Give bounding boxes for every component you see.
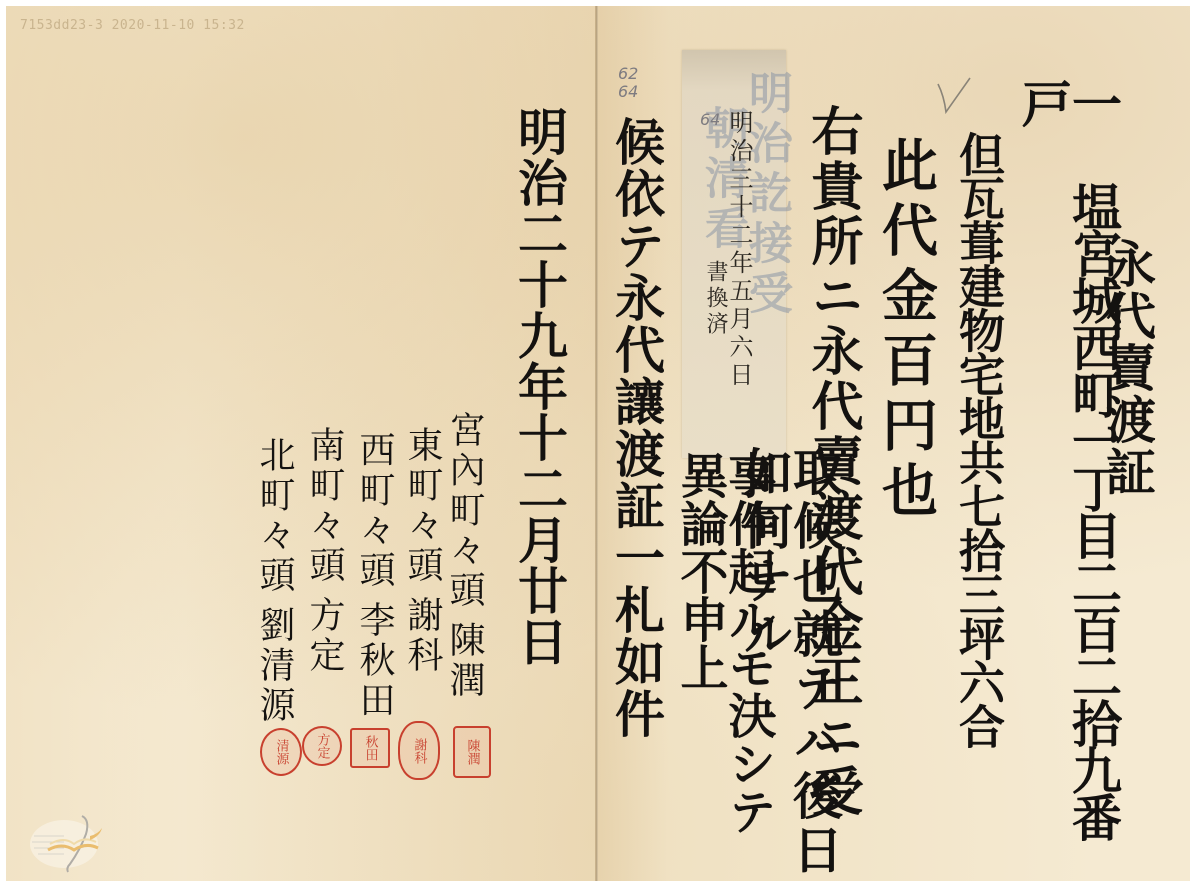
body-line-1: 一 塭宮城西町一丁目二百二拾九番戸 — [1018, 78, 1118, 881]
signatory-name: 方定 — [304, 596, 345, 676]
pencil-note: 64 — [618, 82, 638, 101]
seal-stamp: 方定 — [302, 726, 342, 766]
signatory-1: 宮內町々頭陳潤 — [446, 411, 482, 701]
body-line-3: 此代金百円也 — [878, 136, 934, 526]
document-scan: 7153dd23-3 2020-11-10 15:32 永代賣渡証 一 塭宮城西… — [6, 6, 1190, 881]
signatory-role: 北町々頭 — [254, 436, 295, 596]
signatory-2: 東町々頭謝科 — [404, 426, 440, 676]
taiwan-book-logo-icon — [24, 806, 114, 876]
seal-stamp: 陳潤 — [453, 726, 491, 778]
seal-stamp: 秋田 — [350, 728, 390, 768]
pasted-slip: 朝清看 明治訖接受 明治三十二年五月六日 書換済 64 — [682, 50, 786, 458]
signatory-name: 李秋田 — [354, 601, 395, 721]
body-line-2: 但瓦葺建物宅地共七拾三坪六合 — [956, 131, 1002, 747]
signatory-role: 西町々頭 — [354, 431, 395, 591]
body-line-7: 候依テ永代讓渡証一札如件 — [611, 116, 661, 740]
signatory-role: 宮內町々頭 — [444, 411, 485, 611]
seal-stamp: 謝科 — [398, 721, 440, 780]
signatory-name: 陳潤 — [444, 621, 485, 701]
signatory-4: 南町々頭方定 — [306, 426, 342, 676]
page-fold — [595, 6, 598, 881]
slip-main-text: 明治三十二年五月六日 — [722, 110, 757, 390]
signatory-name: 劉清源 — [254, 606, 295, 726]
signatory-role: 東町々頭 — [402, 426, 443, 586]
slip-secondary-text: 書換済 — [700, 260, 731, 338]
signatory-3: 西町々頭李秋田 — [356, 431, 392, 721]
scan-label: 7153dd23-3 2020-11-10 15:32 — [20, 18, 245, 33]
signatory-role: 南町々頭 — [304, 426, 345, 586]
check-mark-icon — [934, 76, 974, 116]
signatory-name: 謝科 — [402, 596, 443, 676]
body-line-6: 事件起ルモ決シテ異論不申上 — [676, 451, 772, 881]
document-date: 明治二十九年十二月廿日 — [514, 106, 564, 667]
pencil-note: 62 — [618, 64, 638, 83]
signatory-5: 北町々頭劉清源 — [256, 436, 292, 726]
seal-stamp: 清源 — [260, 728, 302, 776]
pencil-note: 64 — [700, 110, 720, 129]
